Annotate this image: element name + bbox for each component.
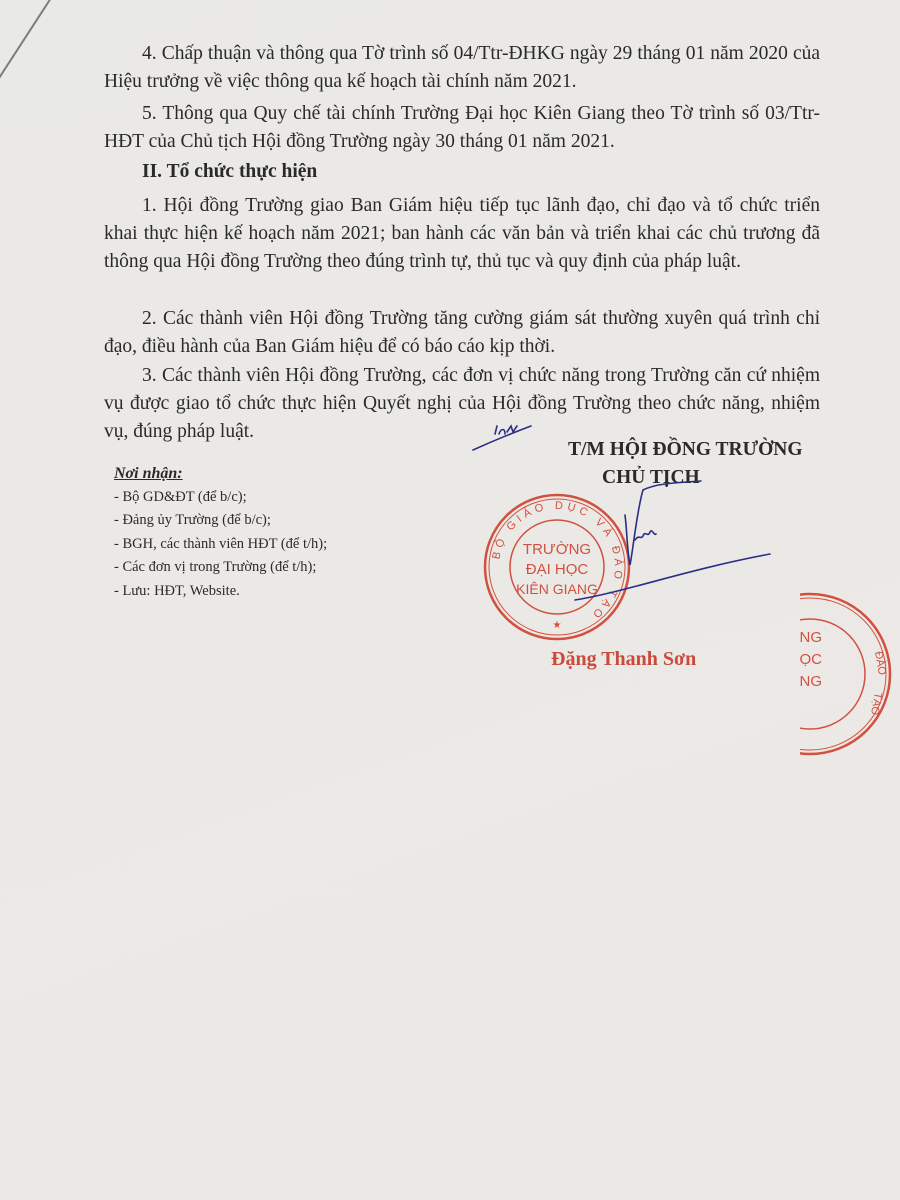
recipient-item: - Bộ GD&ĐT (để b/c);: [114, 486, 327, 510]
svg-text:★: ★: [553, 620, 562, 631]
signer-role: CHỦ TỊCH: [480, 464, 840, 492]
recipient-item: - Đảng ủy Trường (để b/c);: [114, 509, 327, 533]
execution-item-3: 3. Các thành viên Hội đồng Trường, các đ…: [104, 362, 820, 446]
svg-text:ANG: ANG: [800, 673, 822, 690]
official-seal-icon: BỘ GIÁO DỤC VÀ ĐÀO TẠO TRƯỜNG ĐẠI HỌC KI…: [482, 492, 632, 642]
recipients-list: Nơi nhận: - Bộ GD&ĐT (để b/c); - Đảng ủy…: [114, 462, 327, 603]
resolution-4: 4. Chấp thuận và thông qua Tờ trình số 0…: [104, 40, 820, 96]
item-number: 3.: [142, 365, 157, 386]
seal-line-1: TRƯỜNG: [523, 541, 591, 558]
svg-text:NG: NG: [800, 629, 822, 646]
item-text: Các thành viên Hội đồng Trường tăng cườn…: [104, 308, 820, 357]
recipient-item: - BGH, các thành viên HĐT (để t/h);: [114, 533, 327, 557]
partial-seal-icon: NG ỌC ANG ĐÀO TẠO: [800, 592, 900, 757]
resolution-5: 5. Thông qua Quy chế tài chính Trường Đạ…: [104, 100, 820, 156]
item-number: 4.: [142, 43, 157, 64]
recipient-item: - Các đơn vị trong Trường (để t/h);: [114, 556, 327, 580]
recipient-item: - Lưu: HĐT, Website.: [114, 580, 327, 604]
section-heading: II. Tổ chức thực hiện: [142, 161, 317, 183]
item-text: Thông qua Quy chế tài chính Trường Đại h…: [104, 103, 820, 152]
item-text: Hội đồng Trường giao Ban Giám hiệu tiếp …: [104, 195, 820, 272]
recipients-title: Nơi nhận:: [114, 462, 327, 486]
signer-name: Đặng Thanh Sơn: [551, 648, 696, 671]
execution-item-1: 1. Hội đồng Trường giao Ban Giám hiệu ti…: [104, 192, 820, 276]
item-number: 5.: [142, 103, 157, 124]
seal-line-3: KIÊN GIANG: [516, 581, 598, 597]
seal-line-2: ĐẠI HỌC: [526, 561, 589, 578]
item-text: Các thành viên Hội đồng Trường, các đơn …: [104, 365, 820, 442]
item-number: 1.: [142, 195, 157, 216]
on-behalf-title: T/M HỘI ĐỒNG TRƯỜNG: [480, 436, 840, 464]
execution-item-2: 2. Các thành viên Hội đồng Trường tăng c…: [104, 305, 820, 361]
item-text: Chấp thuận và thông qua Tờ trình số 04/T…: [104, 43, 820, 92]
item-number: 2.: [142, 308, 157, 329]
paper-fold-line: [0, 0, 57, 293]
signature-block: T/M HỘI ĐỒNG TRƯỜNG CHỦ TỊCH: [480, 436, 840, 492]
svg-text:ỌC: ỌC: [800, 651, 822, 668]
document-page: 4. Chấp thuận và thông qua Tờ trình số 0…: [0, 0, 900, 1200]
svg-text:TẠO: TẠO: [868, 691, 884, 716]
